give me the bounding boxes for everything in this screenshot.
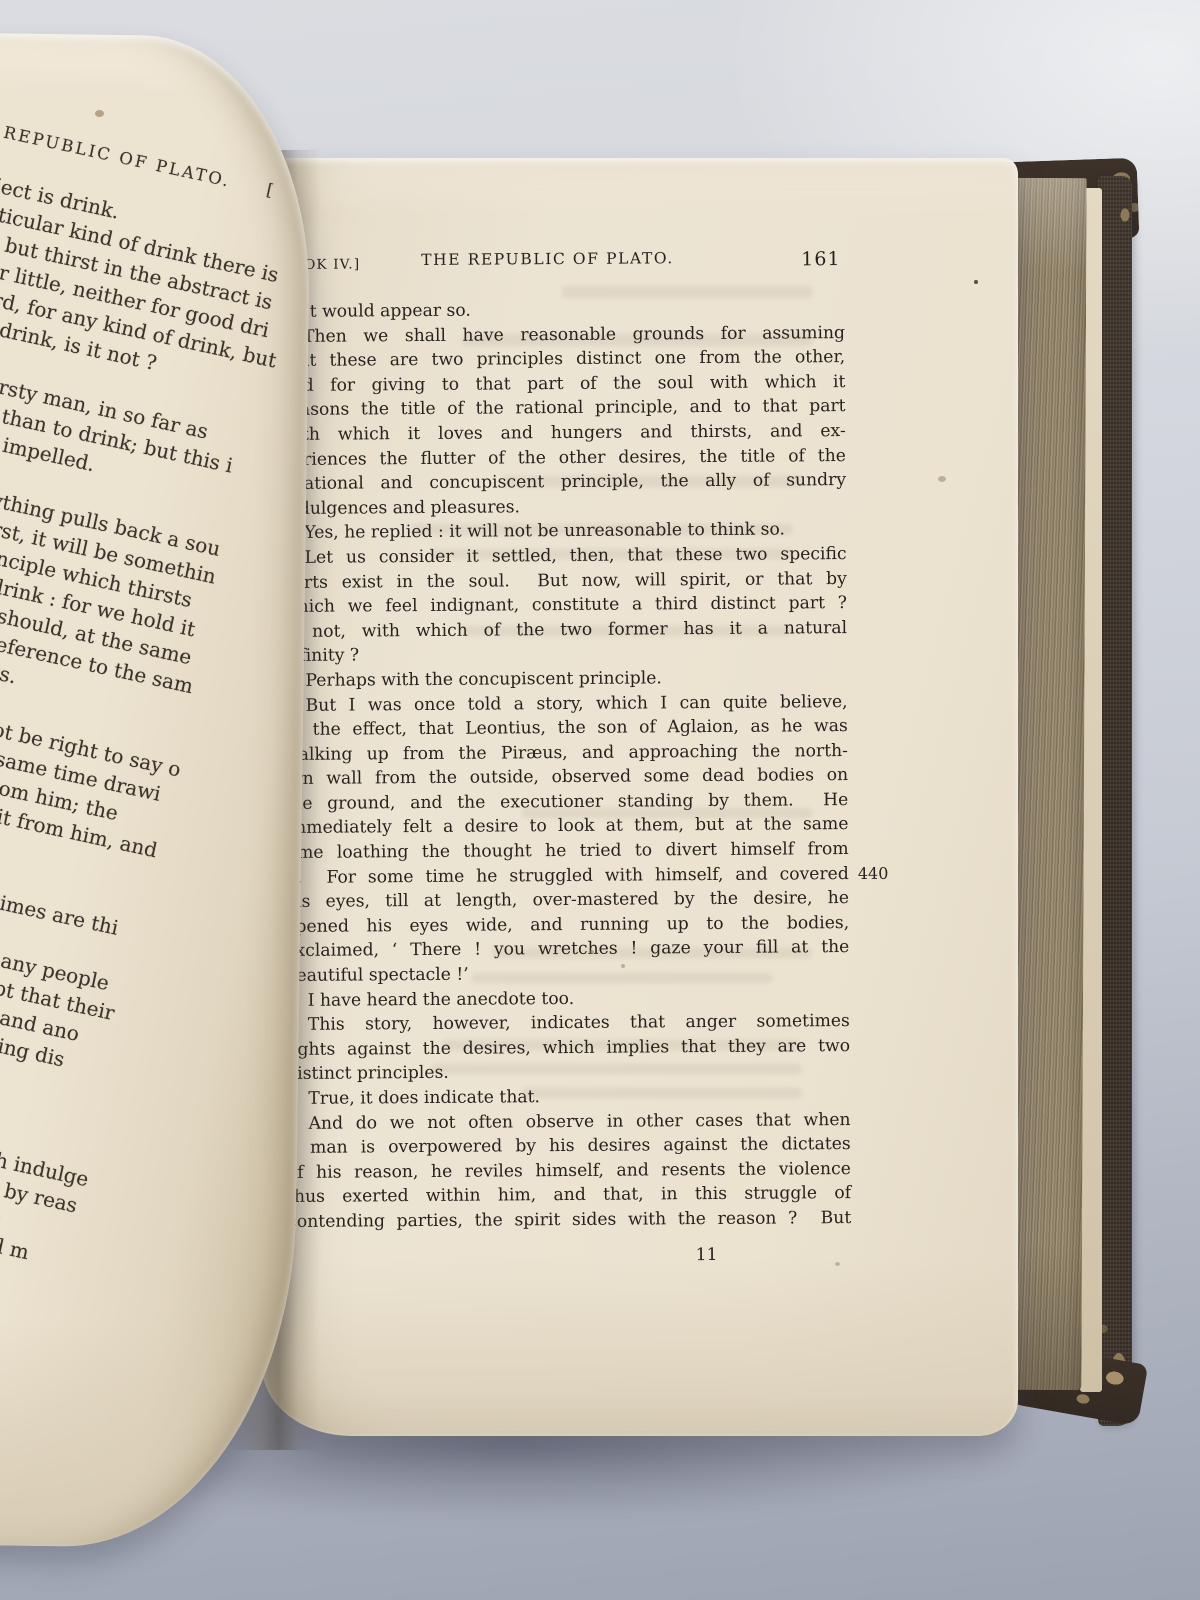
- foxing-spot: [95, 110, 104, 117]
- foxing-spot: [974, 280, 978, 284]
- running-head-bracket-fragment: [: [265, 180, 278, 200]
- text-line: contending parties, the spirit sides wit…: [287, 1206, 851, 1235]
- right-page: BOOK IV.] THE REPUBLIC OF PLATO. 161 It …: [262, 158, 1018, 1436]
- paragraph: never anything pulls back a sounce of th…: [0, 467, 260, 735]
- book-cover-edge: [1098, 176, 1132, 1426]
- running-head-title: THE REPUBLIC OF PLATO.: [280, 248, 814, 270]
- page-text: object is drink.particular kind of drink…: [0, 166, 313, 1282]
- paragraph: This story, however, indicates that ange…: [286, 1009, 851, 1087]
- foxing-spot: [835, 1262, 840, 1266]
- paragraph: Then we shall have reasonable grounds fo…: [281, 321, 846, 522]
- page-text: It would appear so.Then we shall have re…: [281, 296, 852, 1234]
- book-photograph: BOOK IV.] THE REPUBLIC OF PLATO. 161 It …: [0, 0, 1200, 1600]
- paragraph: Let us consider it settled, then, that t…: [283, 542, 848, 669]
- running-head: BOOK IV.] THE REPUBLIC OF PLATO. 161: [280, 248, 844, 276]
- foxing-spot: [589, 950, 594, 954]
- foxing-spot: [621, 964, 625, 968]
- foxing-spot: [938, 476, 946, 482]
- paragraph: And do we not often observe in other cas…: [286, 1108, 851, 1235]
- left-page: E REPUBLIC OF PLATO. [ object is drink.p…: [0, 30, 313, 1549]
- right-page-content: BOOK IV.] THE REPUBLIC OF PLATO. 161 It …: [280, 248, 851, 1267]
- paragraph: But I was once told a story, which I can…: [284, 690, 850, 989]
- left-page-content: E REPUBLIC OF PLATO. [ object is drink.p…: [0, 118, 313, 1282]
- stephanus-number: 440: [858, 861, 889, 886]
- signature-mark: 11: [287, 1244, 851, 1268]
